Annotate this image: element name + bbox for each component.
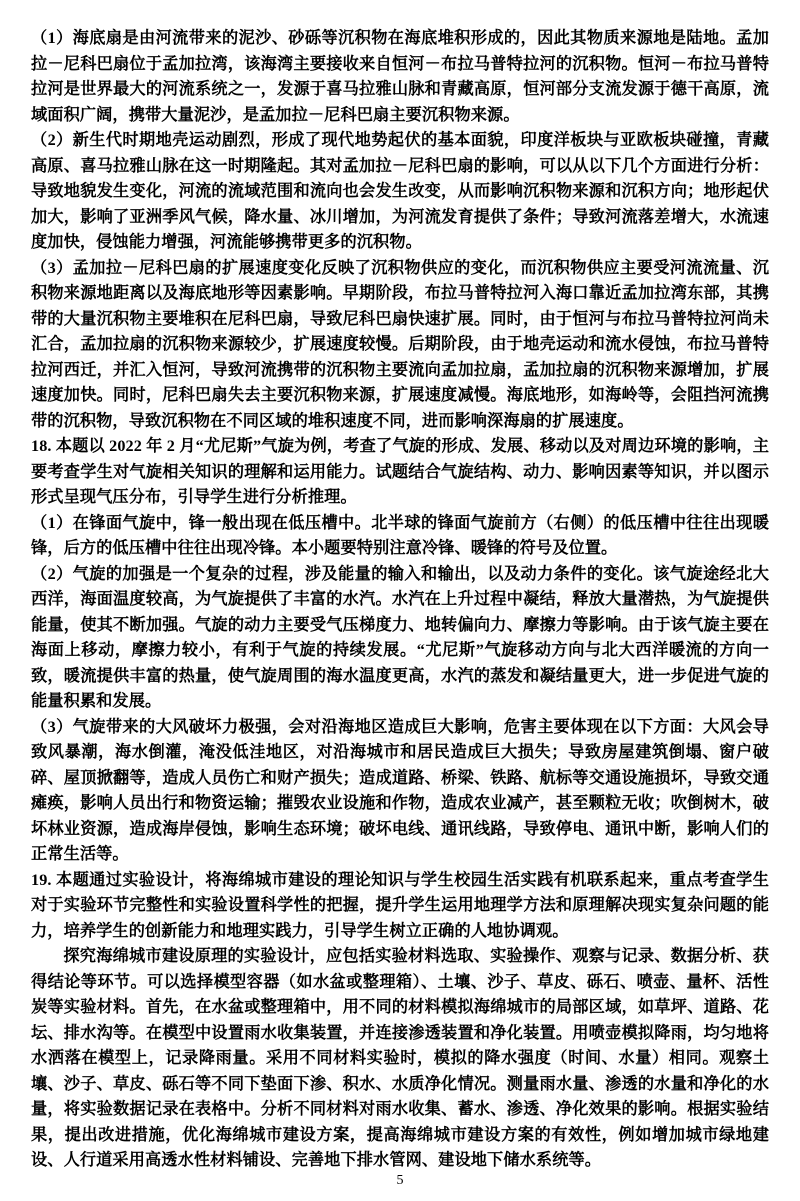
answer-19-intro-paragraph: 19. 本题通过实验设计，将海绵城市建设的理论知识与学生校园生活实践有机联系起来…	[31, 868, 769, 945]
answer-18-intro-paragraph: 18. 本题以 2022 年 2 月“尤尼斯”气旋为例，考查了气旋的形成、发展、…	[31, 434, 769, 511]
answer-19-experiment-paragraph: 探究海绵城市建设原理的实验设计，应包括实验材料选取、实验操作、观察与记录、数据分…	[31, 944, 769, 1174]
answer-18-part3-paragraph: （3）气旋带来的大风破坏力极强，会对沿海地区造成巨大影响，危害主要体现在以下方面…	[31, 715, 769, 868]
answer-17-part2-paragraph: （2）新生代时期地壳运动剧烈，形成了现代地势起伏的基本面貌，印度洋板块与亚欧板块…	[31, 128, 769, 256]
answer-18-part2-paragraph: （2）气旋的加强是一个复杂的过程，涉及能量的输入和输出，以及动力条件的变化。该气…	[31, 562, 769, 715]
answer-key-text-block: （1）海底扇是由河流带来的泥沙、砂砾等沉积物在海底堆积形成的，因此其物质来源地是…	[31, 26, 769, 1174]
answer-17-part1-paragraph: （1）海底扇是由河流带来的泥沙、砂砾等沉积物在海底堆积形成的，因此其物质来源地是…	[31, 26, 769, 128]
answer-17-part3-paragraph: （3）孟加拉－尼科巴扇的扩展速度变化反映了沉积物供应的变化，而沉积物供应主要受河…	[31, 256, 769, 435]
page-number: 5	[0, 1173, 800, 1189]
answer-18-part1-paragraph: （1）在锋面气旋中，锋一般出现在低压槽中。北半球的锋面气旋前方（右侧）的低压槽中…	[31, 511, 769, 562]
